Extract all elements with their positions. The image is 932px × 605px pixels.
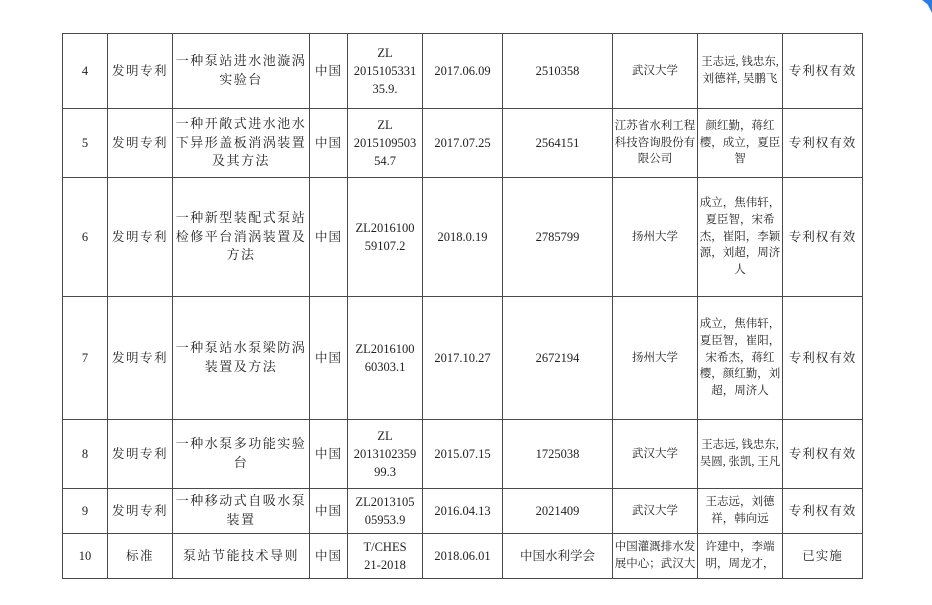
cell-certificate-number: 2564151 [503,109,613,178]
cell-grant-date: 2018.06.01 [423,534,503,579]
cell-owner-organization: 扬州大学 [613,178,698,297]
clipped-app-corner-icon [915,0,932,13]
cell-owner-organization: 江苏省水利工程科技咨询股份有限公司 [613,109,698,178]
table-row: 6 发明专利 一种新型装配式泵站检修平台消涡装置及方法 中国 ZL2016100… [63,178,863,297]
cell-country: 中国 [310,489,348,534]
cell-owner-organization: 武汉大学 [613,420,698,489]
table-row: 7 发明专利 一种泵站水泵梁防涡装置及方法 中国 ZL2016100 60303… [63,297,863,420]
cell-title: 一种泵站水泵梁防涡装置及方法 [173,297,310,420]
cell-title: 泵站节能技术导则 [173,534,310,579]
cell-owner-organization: 武汉大学 [613,489,698,534]
cell-title: 一种泵站进水池漩涡实验台 [173,34,310,109]
cell-inventors: 颜红勤，蒋红樱，成立，夏臣智 [698,109,783,178]
cell-country: 中国 [310,420,348,489]
cell-status: 专利权有效 [783,420,863,489]
cell-inventors: 王志远，刘德祥，韩向远 [698,489,783,534]
cell-grant-date: 2016.04.13 [423,489,503,534]
cell-row-number: 9 [63,489,108,534]
cell-title: 一种水泵多功能实验台 [173,420,310,489]
cell-inventors: 成立，焦伟轩，夏臣智，宋希杰，崔阳，李颖源，刘超，周济人 [698,178,783,297]
cell-ip-type: 发明专利 [108,34,173,109]
cell-row-number: 5 [63,109,108,178]
cell-row-number: 6 [63,178,108,297]
cell-patent-number: T/CHES 21-2018 [348,534,423,579]
patent-list-table: 4 发明专利 一种泵站进水池漩涡实验台 中国 ZL 2015105331 35.… [62,33,863,579]
cell-status: 专利权有效 [783,297,863,420]
cell-ip-type: 标准 [108,534,173,579]
cell-certificate-number: 2021409 [503,489,613,534]
cell-patent-number: ZL2016100 60303.1 [348,297,423,420]
cell-status: 专利权有效 [783,178,863,297]
cell-title: 一种移动式自吸水泵装置 [173,489,310,534]
cell-grant-date: 2017.10.27 [423,297,503,420]
cell-owner-organization: 中国灌溉排水发 展中心；武汉大 [613,534,698,579]
table-row: 5 发明专利 一种开敞式进水池水下异形盖板消涡装置及其方法 中国 ZL 2015… [63,109,863,178]
table-row: 9 发明专利 一种移动式自吸水泵装置 中国 ZL2013105 05953.9 … [63,489,863,534]
cell-certificate-number: 中国水利学会 [503,534,613,579]
cell-title: 一种开敞式进水池水下异形盖板消涡装置及其方法 [173,109,310,178]
cell-ip-type: 发明专利 [108,297,173,420]
cell-ip-type: 发明专利 [108,489,173,534]
cell-inventors: 许建中，李端 明，周龙才， [698,534,783,579]
cell-certificate-number: 2785799 [503,178,613,297]
cell-certificate-number: 2672194 [503,297,613,420]
cell-inventors: 王志远, 钱忠东, 吴圆, 张凯, 王凡 [698,420,783,489]
table-row: 8 发明专利 一种水泵多功能实验台 中国 ZL 2013102359 99.3 … [63,420,863,489]
cell-status: 专利权有效 [783,34,863,109]
cell-grant-date: 2017.06.09 [423,34,503,109]
cell-patent-number: ZL 2013102359 99.3 [348,420,423,489]
cell-owner-organization: 武汉大学 [613,34,698,109]
cell-inventors: 王志远, 钱忠东, 刘德祥, 吴鹏飞 [698,34,783,109]
cell-row-number: 7 [63,297,108,420]
cell-country: 中国 [310,297,348,420]
cell-country: 中国 [310,178,348,297]
cell-grant-date: 2017.07.25 [423,109,503,178]
cell-inventors: 成立，焦伟轩，夏臣智，崔阳，宋希杰，蒋红樱，颜红勤，刘超，周济人 [698,297,783,420]
cell-patent-number: ZL 2015105331 35.9. [348,34,423,109]
cell-status: 专利权有效 [783,109,863,178]
cell-owner-organization: 扬州大学 [613,297,698,420]
cell-ip-type: 发明专利 [108,109,173,178]
cell-certificate-number: 2510358 [503,34,613,109]
cell-patent-number: ZL2013105 05953.9 [348,489,423,534]
cell-certificate-number: 1725038 [503,420,613,489]
cell-title: 一种新型装配式泵站检修平台消涡装置及方法 [173,178,310,297]
table-row: 4 发明专利 一种泵站进水池漩涡实验台 中国 ZL 2015105331 35.… [63,34,863,109]
cell-patent-number: ZL2016100 59107.2 [348,178,423,297]
cell-country: 中国 [310,34,348,109]
cell-ip-type: 发明专利 [108,420,173,489]
cell-country: 中国 [310,109,348,178]
cell-row-number: 4 [63,34,108,109]
cell-grant-date: 2015.07.15 [423,420,503,489]
cell-row-number: 10 [63,534,108,579]
table-row: 10 标准 泵站节能技术导则 中国 T/CHES 21-2018 2018.06… [63,534,863,579]
cell-ip-type: 发明专利 [108,178,173,297]
cell-grant-date: 2018.0.19 [423,178,503,297]
cell-status: 已实施 [783,534,863,579]
cell-row-number: 8 [63,420,108,489]
cell-status: 专利权有效 [783,489,863,534]
cell-country: 中国 [310,534,348,579]
cell-patent-number: ZL 2015109503 54.7 [348,109,423,178]
